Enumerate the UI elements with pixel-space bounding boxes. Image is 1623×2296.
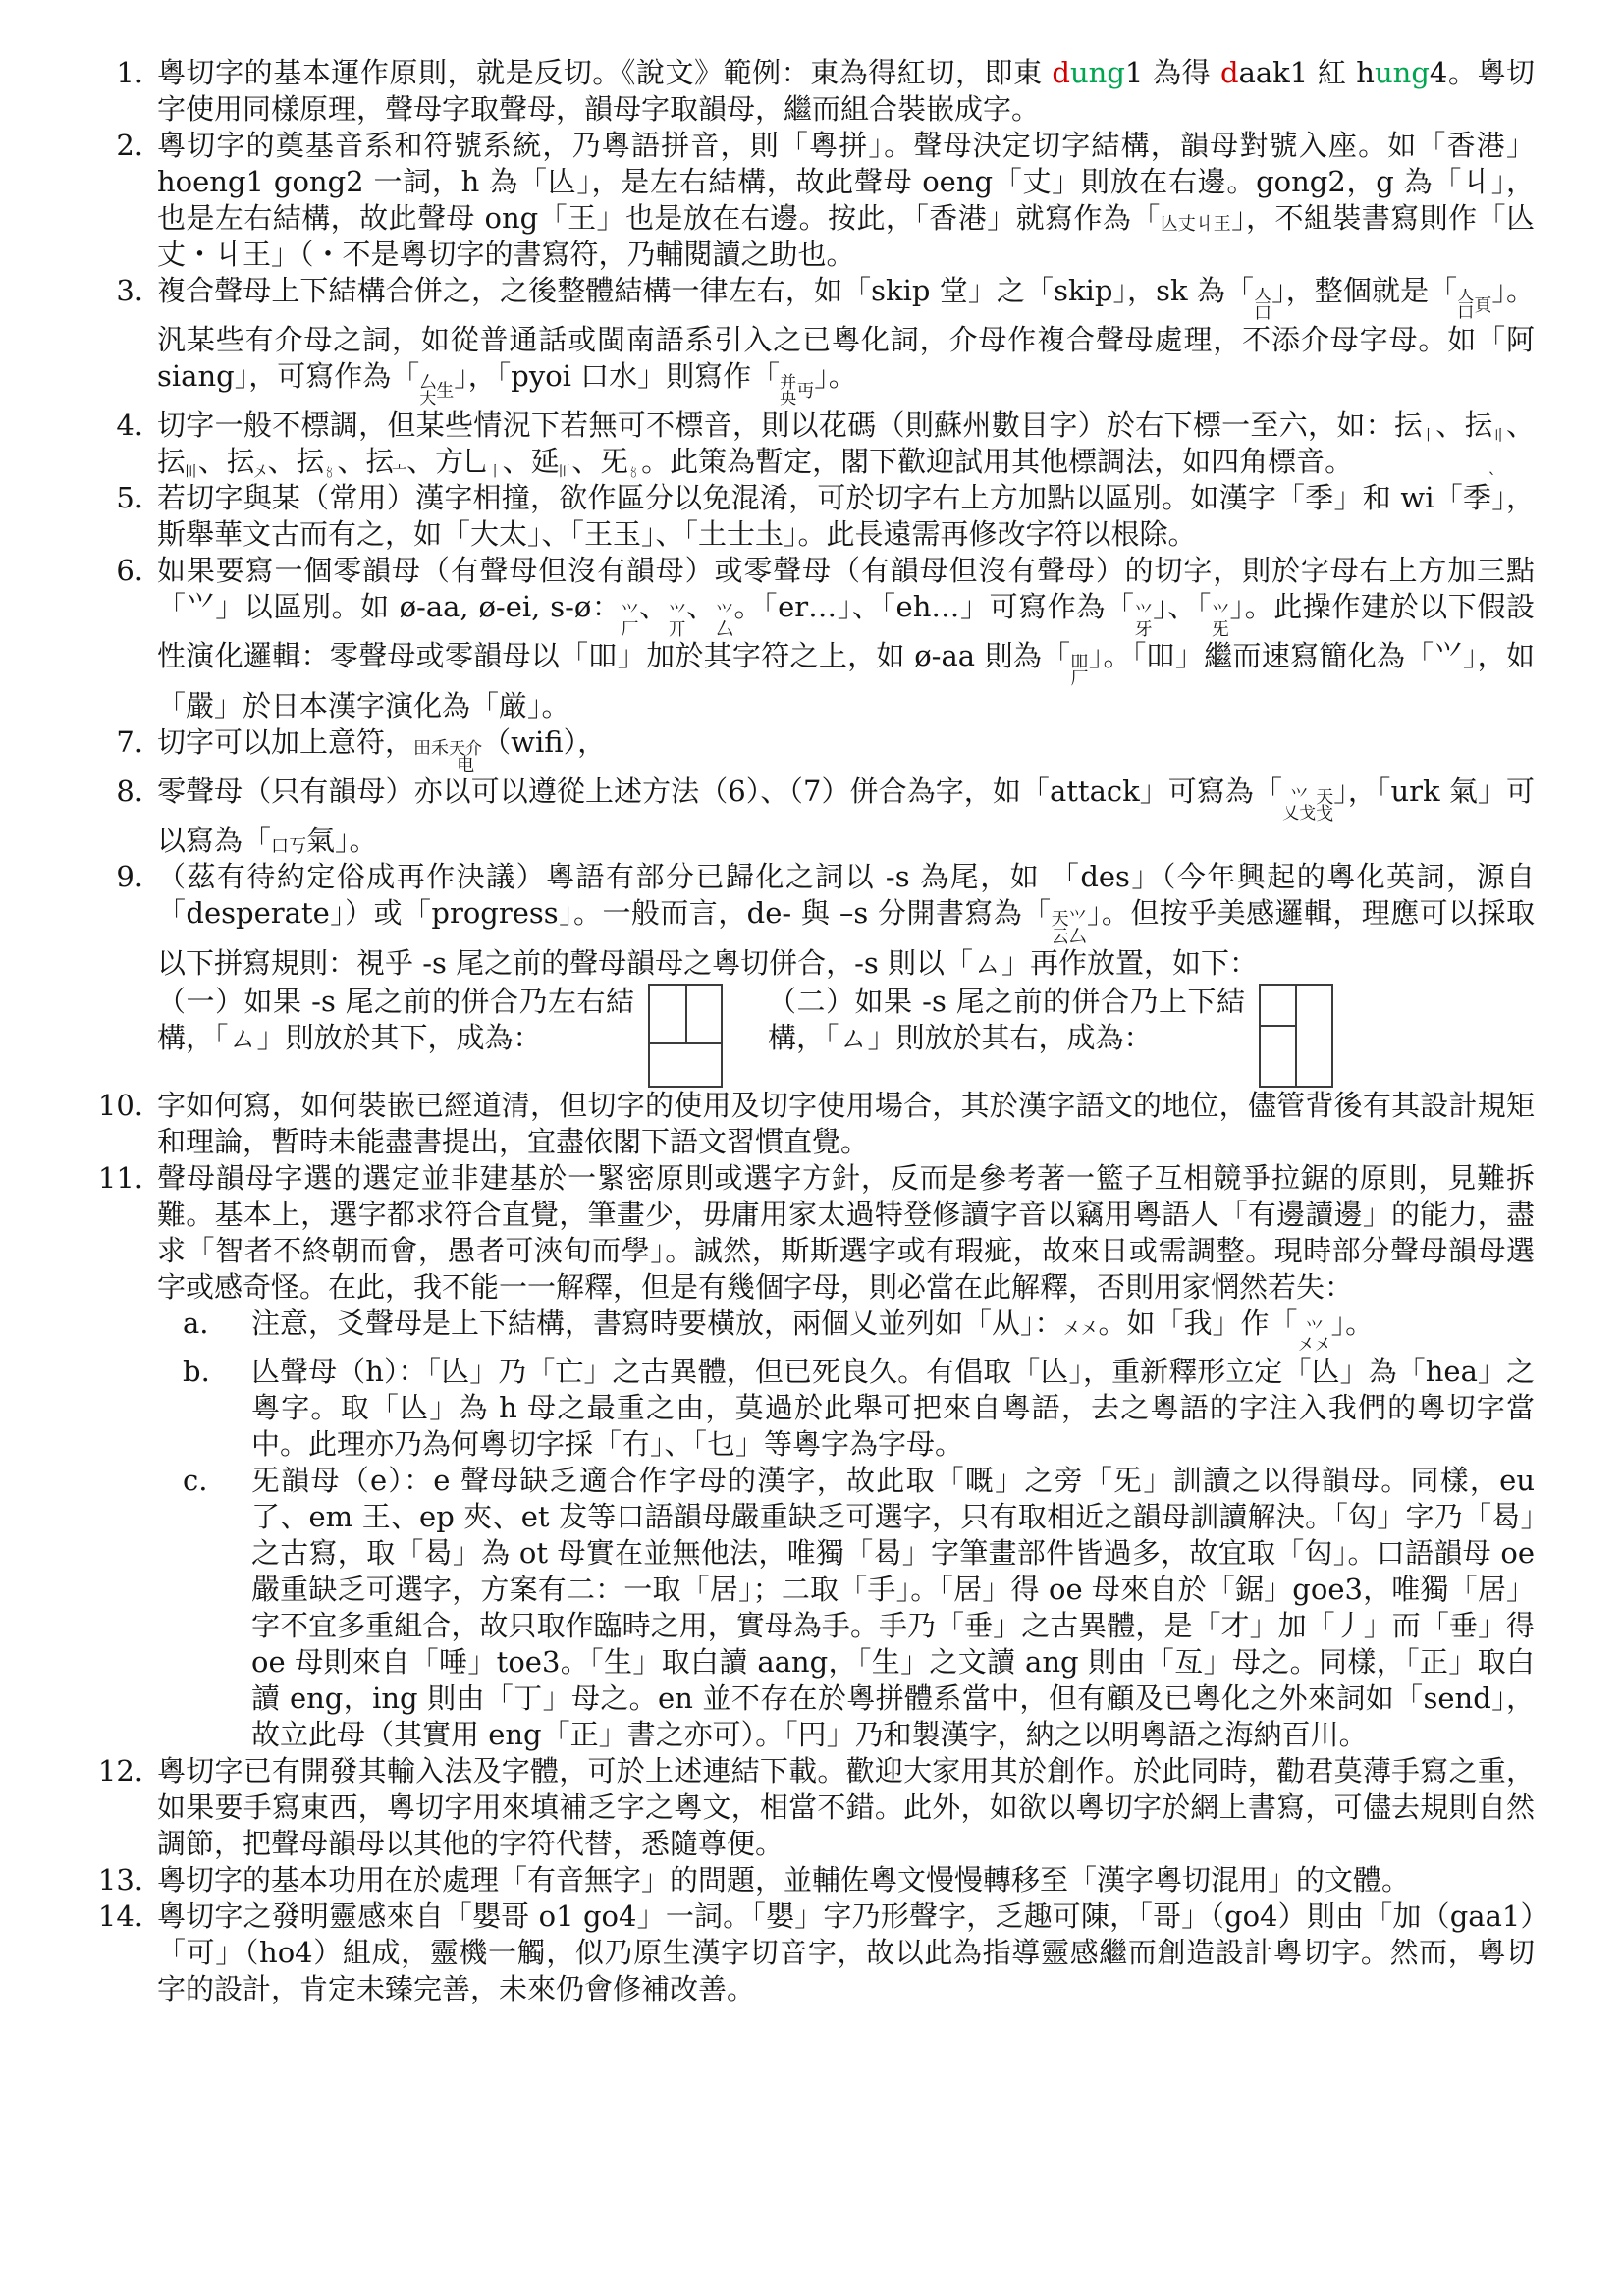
list-item-4: 4.切字一般不標調，但某些情況下若無可不標音，則以花碼（則蘇州數目字）於右下標一… xyxy=(92,407,1535,480)
composite-glyph: 亼口 xyxy=(1457,290,1474,321)
numbered-list: 1.粵切字的基本運作原則，就是反切。《說文》範例：東為得紅切，即東 dung1 … xyxy=(92,55,1535,2007)
item-number: 2. xyxy=(92,128,143,164)
glyph-part: 㐅 xyxy=(1063,1321,1081,1338)
composite-glyph: ⺍厶 xyxy=(1069,911,1087,944)
glyph-part: 口 xyxy=(271,838,289,855)
sublist-item-a: a.注意，爻聲母是上下結構，書寫時要橫放，兩個乂並列如「从」：㐅㐅。如「我」作「… xyxy=(183,1306,1535,1354)
glyph-part: 云 xyxy=(1052,929,1069,945)
glyph-part: 丏 xyxy=(796,383,814,400)
box-vertical-divider xyxy=(685,986,687,1042)
suzhou-tone-subscript: 〦 xyxy=(392,462,406,480)
composite-glyph: ⺍㐅㐅 xyxy=(1297,1321,1330,1354)
glyph-part: 丌 xyxy=(669,621,686,638)
corner-dot-mark: ˋ xyxy=(1488,472,1496,490)
box-horizontal-divider xyxy=(650,1042,721,1044)
subitem-text: 注意，爻聲母是上下結構，書寫時要橫放，兩個乂並列如「从」：㐅㐅。如「我」作「⺍㐅… xyxy=(251,1307,1374,1340)
composite-glyph: 㐅㐅 xyxy=(1297,1338,1330,1354)
box-vertical-divider xyxy=(1295,986,1297,1086)
suzhou-tone-subscript: 〡 xyxy=(1421,426,1435,444)
glyph-part: 禾 xyxy=(431,740,449,757)
glyph-part: 厂 xyxy=(1070,670,1088,687)
glyph-part: 央 xyxy=(780,392,796,407)
item-text: 零聲母（只有韻母）亦以可以遵從上述方法（6）、（7）併合為字，如「attack」… xyxy=(157,774,1535,857)
structure-box-b xyxy=(1259,984,1333,1088)
suzhou-tone-subscript: 〤 xyxy=(252,462,267,480)
colored-romanization: ung xyxy=(1070,56,1125,89)
composite-glyph: ⺍乂戈 xyxy=(1282,789,1316,822)
colored-romanization: d xyxy=(1052,56,1070,89)
list-item-2: 2.粵切字的奠基音系和符號系統，乃粵語拼音，則「粵拼」。聲母決定切字結構，韻母對… xyxy=(92,128,1535,273)
list-item-8: 8.零聲母（只有韻母）亦以可以遵從上述方法（6）、（7）併合為字，如「attac… xyxy=(92,774,1535,859)
tone-base: 方乚 xyxy=(435,445,487,478)
composite-glyph: ⺍丌 xyxy=(669,605,686,638)
tone-marked-glyph: 方乚〡 xyxy=(435,445,502,478)
composite-glyph: 天介电 xyxy=(449,741,482,774)
item-text: 粵切字的奠基音系和符號系統，乃粵語拼音，則「粵拼」。聲母決定切字結構，韻母對號入… xyxy=(157,129,1535,271)
glyph-part: 天 xyxy=(1052,911,1069,928)
composite-glyph: 并央 xyxy=(780,375,796,406)
item-text: 切字可以加上意符，田禾天介电（wifi）， xyxy=(157,725,606,759)
list-item-1: 1.粵切字的基本運作原則，就是反切。《說文》範例：東為得紅切，即東 dung1 … xyxy=(92,55,1535,128)
tone-base: 抎 xyxy=(365,445,392,478)
composite-glyph: 㐅㐅 xyxy=(1063,1321,1099,1338)
dot-marked-character: 季ˋ xyxy=(1463,480,1491,516)
glyph-part: 㐅 xyxy=(1080,1321,1098,1338)
item-text: 聲母韻母字選的選定並非建基於一緊密原則或選字方針，反而是參考著一籃子互相競爭拉鋸… xyxy=(157,1161,1535,1304)
composite-glyph: 口丂 xyxy=(271,838,306,855)
suzhou-tone-subscript: 〥 xyxy=(322,462,337,480)
document-page: 1.粵切字的基本運作原則，就是反切。《說文》範例：東為得紅切，即東 dung1 … xyxy=(0,0,1623,2296)
letter-sublist: a.注意，爻聲母是上下結構，書寫時要橫放，兩個乂並列如「从」：㐅㐅。如「我」作「… xyxy=(183,1306,1535,1753)
tone-base: 抎 xyxy=(297,445,323,478)
list-item-5: 5.若切字與某（常用）漢字相撞，欲作區分以免混淆，可於切字右上方加點以區別。如漢… xyxy=(92,480,1535,553)
composite-glyph: 丩王 xyxy=(1196,216,1231,233)
item-number: 13. xyxy=(92,1862,143,1898)
glyph-part: 㐅 xyxy=(1297,1338,1314,1354)
tone-base: 抎 xyxy=(157,445,184,478)
glyph-part: 厶 xyxy=(716,621,733,638)
tone-marked-glyph: 抎〦 xyxy=(365,445,406,478)
item-text: （茲有待約定俗成再作決議）粵語有部分已歸化之詞以 -s 為尾，如 「des」（今… xyxy=(157,860,1535,979)
subitem-text: 亾聲母（h）：「亾」乃「亡」之古異體，但已死良久。有倡取「亾」，重新釋形立定「亾… xyxy=(251,1355,1535,1461)
item-number: 11. xyxy=(92,1160,143,1197)
composite-glyph: 天云 xyxy=(1052,911,1069,944)
item-number: 1. xyxy=(92,55,143,91)
composite-glyph: 厶大 xyxy=(419,375,436,406)
list-item-14: 14.粵切字之發明靈感來自「嬰哥 o1 go4」一詞。「嬰」字乃形聲字，乏趣可陳… xyxy=(92,1898,1535,2007)
glyph-part: 丂 xyxy=(289,838,306,855)
tone-base: 抎 xyxy=(227,445,253,478)
glyph-part: 电 xyxy=(457,757,474,774)
suzhou-tone-subscript: 〣 xyxy=(184,462,198,480)
composite-glyph: ⺍厂 xyxy=(622,605,639,638)
sublist-item-c: c.旡韻母（e）：e 聲母缺乏適合作字母的漢字，故此取「嘅」之旁「旡」訓讀之以得… xyxy=(183,1463,1535,1753)
item-number: 4. xyxy=(92,407,143,444)
glyph-part: 口 xyxy=(1254,305,1271,322)
composite-glyph: 天戈 xyxy=(1316,789,1333,823)
subitem-letter: a. xyxy=(183,1306,222,1342)
glyph-part: 大 xyxy=(419,392,436,407)
glyph-part: 丈 xyxy=(1178,216,1196,233)
composite-glyph: 亾丈 xyxy=(1161,216,1196,233)
glyph-part: 乂 xyxy=(1282,806,1299,822)
tone-marked-glyph: 抎〤 xyxy=(227,445,268,478)
item-number: 12. xyxy=(92,1753,143,1789)
tone-base: 旡 xyxy=(600,445,626,478)
item-text: 切字一般不標調，但某些情況下若無可不標音，則以花碼（則蘇州數目字）於右下標一至六… xyxy=(157,408,1535,478)
rule-column-text: （二）如果 -s 尾之前的併合乃上下結構，「ㄙ」則放於其右，成為： xyxy=(768,984,1245,1056)
list-item-13: 13.粵切字的基本功用在於處理「有音無字」的問題，並輔佐粵文慢慢轉移至「漢字粵切… xyxy=(92,1862,1535,1898)
item-text: 粵切字的基本功用在於處理「有音無字」的問題，並輔佐粵文慢慢轉移至「漢字粵切混用」… xyxy=(157,1863,1410,1896)
list-item-12: 12.粵切字已有開發其輸入法及字體，可於上述連結下載。歡迎大家用其於創作。於此同… xyxy=(92,1753,1535,1862)
composite-glyph: 乂戈 xyxy=(1282,806,1316,822)
sublist-item-b: b.亾聲母（h）：「亾」乃「亡」之古異體，但已死良久。有倡取「亾」，重新釋形立定… xyxy=(183,1354,1535,1463)
item-number: 14. xyxy=(92,1898,143,1935)
suzhou-tone-subscript: 〣 xyxy=(557,462,571,480)
item-number: 3. xyxy=(92,273,143,309)
glyph-part: 亾 xyxy=(1161,216,1178,233)
tone-marked-glyph: 延〣 xyxy=(531,445,572,478)
item-number: 8. xyxy=(92,774,143,810)
tone-marked-glyph: 抎〥 xyxy=(297,445,338,478)
item-number: 9. xyxy=(92,859,143,895)
colored-romanization: d xyxy=(1220,56,1239,89)
composite-glyph: ⺍厶 xyxy=(716,605,733,638)
glyph-part: 牙 xyxy=(1135,621,1153,638)
glyph-part: 㐅 xyxy=(1315,1338,1331,1354)
composite-glyph: 厶大生 xyxy=(419,375,454,406)
list-item-6: 6.如果要寫一個零韻母（有聲母但沒有韻母）或零聲母（有韻母但沒有聲母）的切字，則… xyxy=(92,553,1535,724)
item-text: 複合聲母上下結構合併之，之後整體結構一律左右，如「skip 堂」之「skip」，… xyxy=(157,274,1535,393)
item-text: 粵切字之發明靈感來自「嬰哥 o1 go4」一詞。「嬰」字乃形聲字，乏趣可陳，「哥… xyxy=(157,1899,1535,2005)
glyph-part: 王 xyxy=(1214,216,1231,233)
item-text: 如果要寫一個零韻母（有聲母但沒有韻母）或零聲母（有韻母但沒有聲母）的切字，則於字… xyxy=(157,554,1535,722)
structure-box-a xyxy=(648,984,723,1088)
glyph-part: 厶 xyxy=(1069,929,1087,945)
item-text: 若切字與某（常用）漢字相撞，欲作區分以免混淆，可於切字右上方加點以區別。如漢字「… xyxy=(157,481,1535,551)
colored-romanization: ung xyxy=(1375,56,1430,89)
list-item-7: 7.切字可以加上意符，田禾天介电（wifi）， xyxy=(92,724,1535,774)
rule-column-text: （一）如果 -s 尾之前的併合乃左右結構，「ㄙ」則放於其下，成為： xyxy=(157,984,634,1056)
item-text: 字如何寫，如何裝嵌已經道清，但切字的使用及切字使用場合，其於漢字語文的地位，儘管… xyxy=(157,1089,1535,1158)
item-number: 10. xyxy=(92,1088,143,1124)
composite-glyph: 亼口 xyxy=(1254,289,1271,322)
glyph-part: 田 xyxy=(413,740,431,757)
glyph-part: 厂 xyxy=(622,621,639,638)
tone-marked-glyph: 抎〡 xyxy=(1394,408,1435,442)
suzhou-tone-subscript: 〥 xyxy=(626,462,641,480)
tone-marked-glyph: 旡〥 xyxy=(600,445,641,478)
suzhou-tone-subscript: 〡 xyxy=(488,462,503,480)
glyph-part: 生 xyxy=(436,383,454,400)
list-item-11: 11.聲母韻母字選的選定並非建基於一緊密原則或選字方針，反而是參考著一籃子互相競… xyxy=(92,1160,1535,1753)
item-number: 5. xyxy=(92,480,143,516)
box-horizontal-divider xyxy=(1261,1025,1295,1027)
tone-base: 延 xyxy=(531,445,558,478)
composite-glyph: ⺍牙 xyxy=(1135,605,1153,638)
tone-marked-glyph: 抎〣 xyxy=(157,445,198,478)
subitem-letter: c. xyxy=(183,1463,222,1499)
list-item-3: 3.複合聲母上下結構合併之，之後整體結構一律左右，如「skip 堂」之「skip… xyxy=(92,273,1535,407)
tone-marked-glyph: 抎〢 xyxy=(1465,408,1506,442)
glyph-part: 戈 xyxy=(1316,806,1333,823)
item-text: 粵切字的基本運作原則，就是反切。《說文》範例：東為得紅切，即東 dung1 為得… xyxy=(157,56,1535,126)
composite-glyph: 亼口頁 xyxy=(1457,290,1491,321)
glyph-part: ⺍ xyxy=(1069,911,1087,928)
composite-glyph: 并央丏 xyxy=(780,375,814,406)
glyph-part: 旡 xyxy=(1212,621,1229,638)
subitem-letter: b. xyxy=(183,1354,222,1390)
s-suffix-rule-columns: （一）如果 -s 尾之前的併合乃左右結構，「ㄙ」則放於其下，成為：（二）如果 -… xyxy=(157,984,1535,1088)
composite-glyph: ⺍旡 xyxy=(1212,605,1229,638)
suzhou-tone-subscript: 〢 xyxy=(1491,426,1506,444)
glyph-part: 丩 xyxy=(1196,216,1214,233)
glyph-part: 戈 xyxy=(1299,806,1316,822)
tone-base: 抎 xyxy=(1394,408,1421,442)
composite-glyph: 田禾 xyxy=(413,740,449,757)
item-number: 6. xyxy=(92,553,143,589)
glyph-part: 頁 xyxy=(1474,297,1491,314)
composite-glyph: 吅厂 xyxy=(1070,654,1088,687)
list-item-9: 9.（茲有待約定俗成再作決議）粵語有部分已歸化之詞以 -s 為尾，如 「des」… xyxy=(92,859,1535,1087)
list-item-10: 10.字如何寫，如何裝嵌已經道清，但切字的使用及切字使用場合，其於漢字語文的地位… xyxy=(92,1088,1535,1160)
subitem-text: 旡韻母（e）：e 聲母缺乏適合作字母的漢字，故此取「嘅」之旁「旡」訓讀之以得韻母… xyxy=(251,1464,1535,1751)
item-number: 7. xyxy=(92,724,143,761)
item-text: 粵切字已有開發其輸入法及字體，可於上述連結下載。歡迎大家用其於創作。於此同時，勸… xyxy=(157,1754,1535,1860)
glyph-part: 口 xyxy=(1457,305,1474,321)
tone-base: 抎 xyxy=(1465,408,1491,442)
